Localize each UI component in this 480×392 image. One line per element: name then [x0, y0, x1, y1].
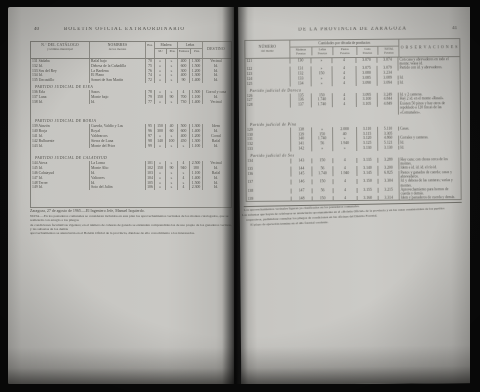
cell: 3.150: [357, 179, 378, 184]
cell: 3.074: [376, 58, 397, 63]
left-table-header: N.º DEL CATÁLOGO y término municipal NOM…: [31, 42, 231, 59]
cell: »: [154, 100, 165, 105]
cell: 137: [290, 103, 311, 108]
cell: »: [165, 185, 177, 190]
cell: 134: [246, 158, 290, 163]
photo-border-left: [0, 0, 8, 392]
cell: 150: [311, 158, 332, 163]
table-group-heading: PARTIDO JUDICIAL DE CALATAYUD: [31, 154, 231, 161]
cell: 3.070: [355, 58, 376, 63]
nota-block: NOTA.—En los pastaderos comunales se con…: [30, 214, 232, 235]
cell: Idem y pastaderos de cuerda y demás.: [399, 195, 460, 200]
cell: 150: [312, 180, 333, 185]
cell: 1.740: [311, 102, 332, 107]
signature-line: Zaragoza, 27 de agosto de 1965.—El Ingen…: [30, 208, 145, 213]
cell: 56: [312, 188, 333, 193]
cell: 138: [247, 188, 291, 193]
table-group-heading: PARTIDO JUDICIAL DE BORJA: [31, 117, 231, 124]
photo-border-top: [0, 0, 480, 7]
cell: Monte del Prior: [89, 144, 145, 149]
cell: 77: [145, 100, 154, 105]
cell: 139: [247, 197, 291, 202]
cell: 121: [245, 59, 289, 64]
cell: 4: [333, 196, 357, 201]
table-row: 149 Id.Soto del Jalón106»»42.300Id.: [31, 185, 231, 190]
right-page: DE LA PROVINCIA DE ZARAGOZA 41 NÚMERO de…: [238, 5, 475, 385]
cell: 3.289: [377, 157, 398, 162]
cell: Existen 50 pinos y hay otros de repoblad…: [398, 101, 459, 114]
right-table: NÚMERO del monte Cantidades por década d…: [244, 38, 461, 202]
cell: 147: [291, 188, 312, 193]
cell: 3.135: [356, 158, 377, 163]
cell: 143 Id.: [31, 144, 89, 149]
cell: 3.155: [357, 188, 378, 193]
cell: Id.: [89, 100, 145, 105]
cell: 3.145: [356, 171, 377, 176]
cell: 2.300: [189, 185, 202, 190]
table-gap: [31, 104, 231, 117]
left-table-rows: 131 SádabaRafal bajo70»»4001.300Vecinal1…: [31, 59, 231, 190]
table-row: 143 Id.Monte del Prior99»»»1.100Id.: [31, 144, 231, 149]
cell: 1.400: [189, 100, 202, 105]
table-row: 138 Id.Id.77»»7301.400Vecinal: [31, 100, 231, 105]
cell: Casas.: [398, 126, 459, 131]
cell: 146: [291, 180, 312, 185]
right-table-header: NÚMERO del monte Cantidades por década d…: [245, 39, 459, 59]
left-running-title: BOLETIN OFICIAL EXTRAORDINARIO: [64, 27, 185, 32]
right-running-title: DE LA PROVINCIA DE ZARAGOZA: [298, 27, 407, 33]
cell: 106: [145, 185, 154, 190]
table-row: 1281371.74043.1054.849Existen 50 pinos y…: [246, 101, 460, 115]
cell: »: [165, 100, 177, 105]
table-group-heading: PARTIDO JUDICIAL DE EJEA: [31, 83, 231, 90]
cell: 1.940: [332, 171, 356, 176]
cell: 3.105: [356, 102, 377, 107]
right-table-rows: 121130»43.0703.074Con casa y abrevaderos…: [245, 57, 460, 202]
cell: 130: [289, 58, 310, 63]
cell: 148: [291, 197, 312, 202]
cell: 4: [332, 102, 356, 107]
cell: »: [154, 144, 165, 149]
col-observations: O B S E R V A C I O N E S: [398, 39, 459, 57]
right-page-number: 41: [452, 26, 457, 31]
cell: Soto del Jalón: [89, 185, 145, 190]
cell: »: [310, 58, 331, 63]
col-area: Has.: [145, 42, 154, 58]
cell: 4: [177, 185, 189, 190]
left-page: 40 BOLETIN OFICIAL EXTRAORDINARIO N.º DE…: [8, 7, 234, 385]
cell: 4: [333, 188, 357, 193]
cell: »: [177, 144, 189, 149]
cell: 3.215: [378, 187, 399, 192]
photo-border-bottom: [0, 384, 480, 392]
cell: »: [165, 144, 177, 149]
cell: 136: [246, 172, 290, 177]
cell: 4.849: [377, 102, 398, 107]
cell: 4: [332, 158, 356, 163]
cell: 145: [290, 171, 311, 176]
book-spine-shadow: [222, 0, 248, 392]
left-table: N.º DEL CATÁLOGO y término municipal NOM…: [30, 41, 232, 208]
cell: 6.825: [377, 171, 398, 176]
cell: 1.100: [189, 144, 202, 149]
col-number: NÚMERO del monte: [245, 41, 289, 58]
cell: 730: [177, 100, 189, 105]
col-names: NOMBRES de los montes: [89, 42, 145, 58]
cell: 128: [246, 103, 290, 108]
col-quantities-group: Cantidades por década de productos Mader…: [289, 40, 398, 58]
cell: 149 Id.: [31, 185, 89, 190]
cell: 137: [247, 180, 291, 185]
cell: 4: [331, 58, 355, 63]
cell: 138 Id.: [31, 100, 89, 105]
cell: [398, 131, 459, 132]
table-row: 13914815043.1603.314Idem y pastaderos de…: [247, 195, 461, 202]
cell: 143: [290, 158, 311, 163]
cell: 3.314: [378, 196, 399, 201]
cell: 150: [312, 196, 333, 201]
col-fuel-group: Leñas Estéreos Ptas.: [177, 42, 202, 58]
cell: 3.304: [378, 179, 399, 184]
cell: 4: [333, 179, 357, 184]
cell: 3.160: [357, 196, 378, 201]
cell: 99: [145, 144, 154, 149]
cell: Partido con id. y abrevaderos.: [398, 66, 459, 71]
book-scan-photo: 40 BOLETIN OFICIAL EXTRAORDINARIO N.º DE…: [0, 0, 480, 392]
col-catalog: N.º DEL CATÁLOGO y término municipal: [31, 42, 89, 58]
col-wood-group: Madera M.³ Ptas.: [154, 42, 177, 58]
left-page-number: 40: [34, 27, 39, 32]
photo-border-right: [470, 0, 480, 392]
cell: [398, 70, 459, 71]
cell: 1.740: [311, 171, 332, 176]
cell: »: [154, 185, 165, 190]
